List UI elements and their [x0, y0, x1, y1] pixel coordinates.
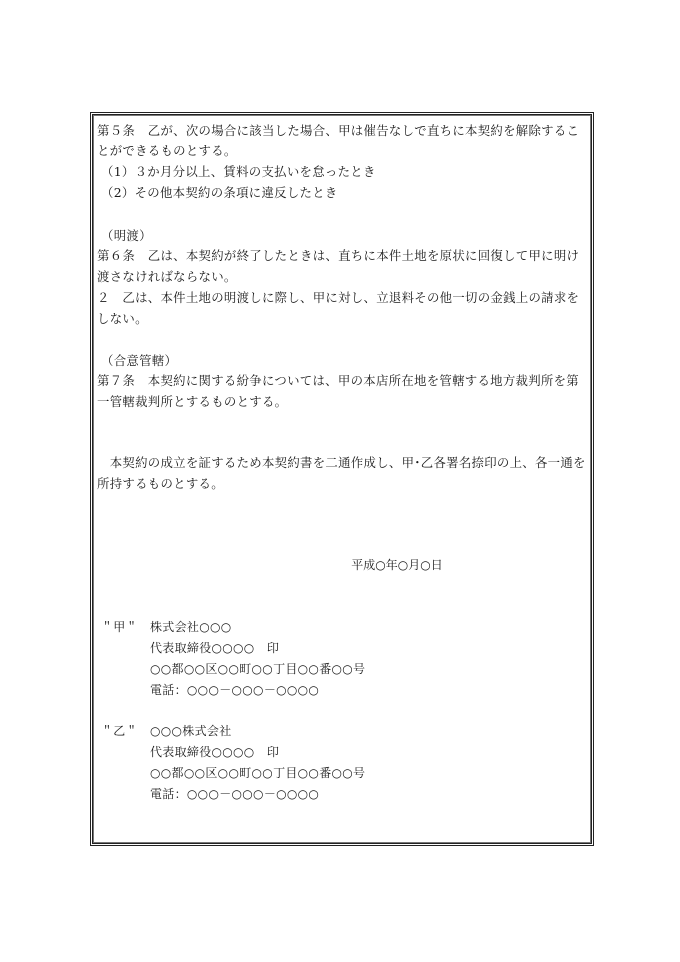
article5-line2: とができるものとする。	[97, 142, 237, 160]
article5-line1: 第５条 乙が、次の場合に該当した場合、甲は催告なしで直ちに本契約を解除するこ	[97, 122, 579, 140]
party-b-label: ＂乙＂	[101, 722, 138, 740]
closing-line1: 本契約の成立を証するため本契約書を二通作成し、甲･乙各署名捺印の上、各一通を	[97, 454, 586, 472]
article7-heading: （合意管轄）	[101, 352, 177, 370]
article5-item1: （1）３か月分以上、賃料の支払いを怠ったとき	[101, 163, 376, 181]
article6-para2-line2: しない。	[97, 310, 148, 328]
article6-line2: 渡さなければならない。	[97, 268, 237, 286]
article7-line2: 一管轄裁判所とするものとする。	[97, 393, 287, 411]
contract-date: 平成○年○月○日	[97, 556, 587, 573]
party-b-company: ○○○株式会社	[150, 722, 232, 740]
article7-line1: 第７条 本契約に関する紛争については、甲の本店所在地を管轄する地方裁判所を第	[97, 372, 579, 390]
article6-heading: （明渡）	[101, 227, 152, 245]
contract-body: 第５条 乙が、次の場合に該当した場合、甲は催告なしで直ちに本契約を解除するこ と…	[97, 119, 587, 839]
closing-line2: 所持するものとする。	[97, 475, 224, 493]
article6-line1: 第６条 乙は、本契約が終了したときは、直ちに本件土地を原状に回復して甲に明け	[97, 247, 579, 265]
party-b-address: ○○都○○区○○町○○丁目○○番○○号	[150, 764, 365, 782]
article6-para2-line1: ２ 乙は、本件土地の明渡しに際し、甲に対し、立退料その他一切の金銭上の請求を	[97, 289, 579, 307]
article5-item2: （2）その他本契約の条項に違反したとき	[101, 184, 338, 202]
contract-frame: 第５条 乙が、次の場合に該当した場合、甲は催告なしで直ちに本契約を解除するこ と…	[90, 112, 594, 846]
party-a-phone: 電話：○○○－○○○－○○○○	[150, 681, 319, 699]
party-a-address: ○○都○○区○○町○○丁目○○番○○号	[150, 660, 365, 678]
party-a-representative: 代表取締役○○○○ 印	[150, 639, 279, 657]
party-a-company: 株式会社○○○	[150, 618, 232, 636]
party-b-phone: 電話：○○○－○○○－○○○○	[150, 785, 319, 803]
party-a-label: ＂甲＂	[101, 618, 138, 636]
party-b-representative: 代表取締役○○○○ 印	[150, 743, 279, 761]
